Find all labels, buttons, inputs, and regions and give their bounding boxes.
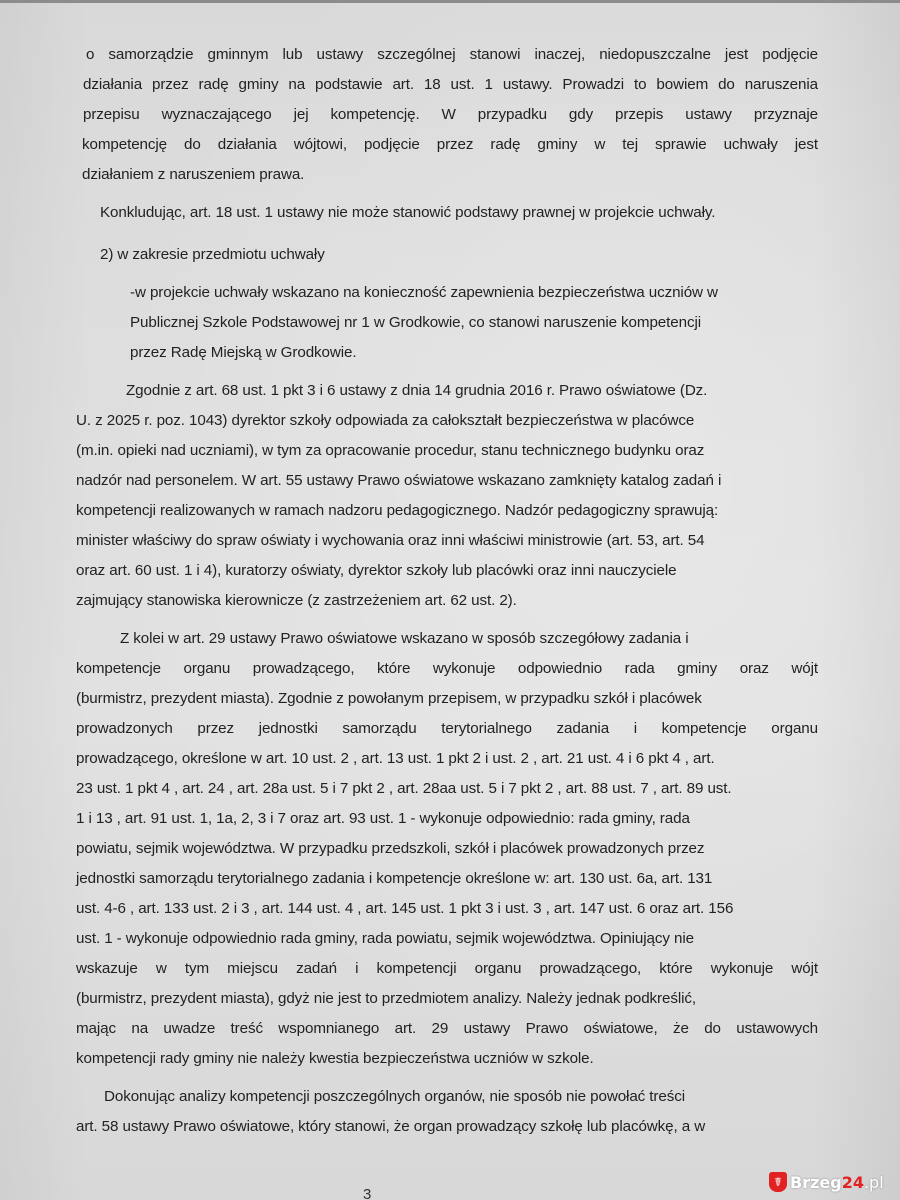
watermark-number: 24 <box>842 1173 864 1192</box>
text-line: -w projekcie uchwały wskazano na koniecz… <box>130 284 718 301</box>
text-line: przez Radę Miejską w Grodkowie. <box>130 344 357 361</box>
text-line: oraz art. 60 ust. 1 i 4), kuratorzy oświ… <box>76 562 677 579</box>
text-line: działaniem z naruszeniem prawa. <box>82 166 304 183</box>
text-line: (burmistrz, prezydent miasta), gdyż nie … <box>76 990 696 1007</box>
text-line: kompetencje organu prowadzącego, które w… <box>76 660 818 677</box>
text-line: powiatu, sejmik województwa. W przypadku… <box>76 840 704 857</box>
brzeg24-watermark: ☤ Brzeg24.pl <box>769 1172 884 1192</box>
shield-emblem-icon: ☤ <box>769 1172 787 1192</box>
watermark-brand: Brzeg <box>790 1173 842 1192</box>
text-line: art. 58 ustawy Prawo oświatowe, który st… <box>76 1118 705 1135</box>
text-line: Publicznej Szkole Podstawowej nr 1 w Gro… <box>130 314 701 331</box>
text-line: Z kolei w art. 29 ustawy Prawo oświatowe… <box>120 630 689 647</box>
text-line: Zgodnie z art. 68 ust. 1 pkt 3 i 6 ustaw… <box>126 382 707 399</box>
text-line: jednostki samorządu terytorialnego zadan… <box>76 870 712 887</box>
text-line: wskazuje w tym miejscu zadań i kompetenc… <box>76 960 818 977</box>
text-line: zajmujący stanowiska kierownicze (z zast… <box>76 592 517 609</box>
text-line: przepisu wyznaczającego jej kompetencję.… <box>83 106 818 123</box>
text-line: Konkludując, art. 18 ust. 1 ustawy nie m… <box>100 204 715 221</box>
scanned-document-page: o samorządzie gminnym lub ustawy szczegó… <box>0 0 900 1200</box>
text-line: prowadzonych przez jednostki samorządu t… <box>76 720 818 737</box>
text-line: (burmistrz, prezydent miasta). Zgodnie z… <box>76 690 702 707</box>
text-line: o samorządzie gminnym lub ustawy szczegó… <box>86 46 818 63</box>
watermark-tld: .pl <box>864 1173 884 1192</box>
text-line: Dokonując analizy kompetencji poszczegól… <box>104 1088 685 1105</box>
text-line: kompetencji realizowanych w ramach nadzo… <box>76 502 718 519</box>
text-line: 2) w zakresie przedmiotu uchwały <box>100 246 325 263</box>
text-line: ust. 1 - wykonuje odpowiednio rada gminy… <box>76 930 694 947</box>
text-line: 1 i 13 , art. 91 ust. 1, 1a, 2, 3 i 7 or… <box>76 810 690 827</box>
page-number: 3 <box>363 1186 371 1200</box>
text-line: kompetencję do działania wójtowi, podjęc… <box>82 136 818 153</box>
text-line: działania przez radę gminy na podstawie … <box>83 76 818 93</box>
text-line: ust. 4-6 , art. 133 ust. 2 i 3 , art. 14… <box>76 900 733 917</box>
text-line: mając na uwadze treść wspomnianego art. … <box>76 1020 818 1037</box>
text-line: 23 ust. 1 pkt 4 , art. 24 , art. 28a ust… <box>76 780 732 797</box>
text-line: prowadzącego, określone w art. 10 ust. 2… <box>76 750 715 767</box>
text-line: minister właściwy do spraw oświaty i wyc… <box>76 532 704 549</box>
text-line: (m.in. opieki nad uczniami), w tym za op… <box>76 442 704 459</box>
page-top-edge <box>0 0 900 3</box>
text-line: U. z 2025 r. poz. 1043) dyrektor szkoły … <box>76 412 694 429</box>
text-line: nadzór nad personelem. W art. 55 ustawy … <box>76 472 721 489</box>
text-line: kompetencji rady gminy nie należy kwesti… <box>76 1050 594 1067</box>
